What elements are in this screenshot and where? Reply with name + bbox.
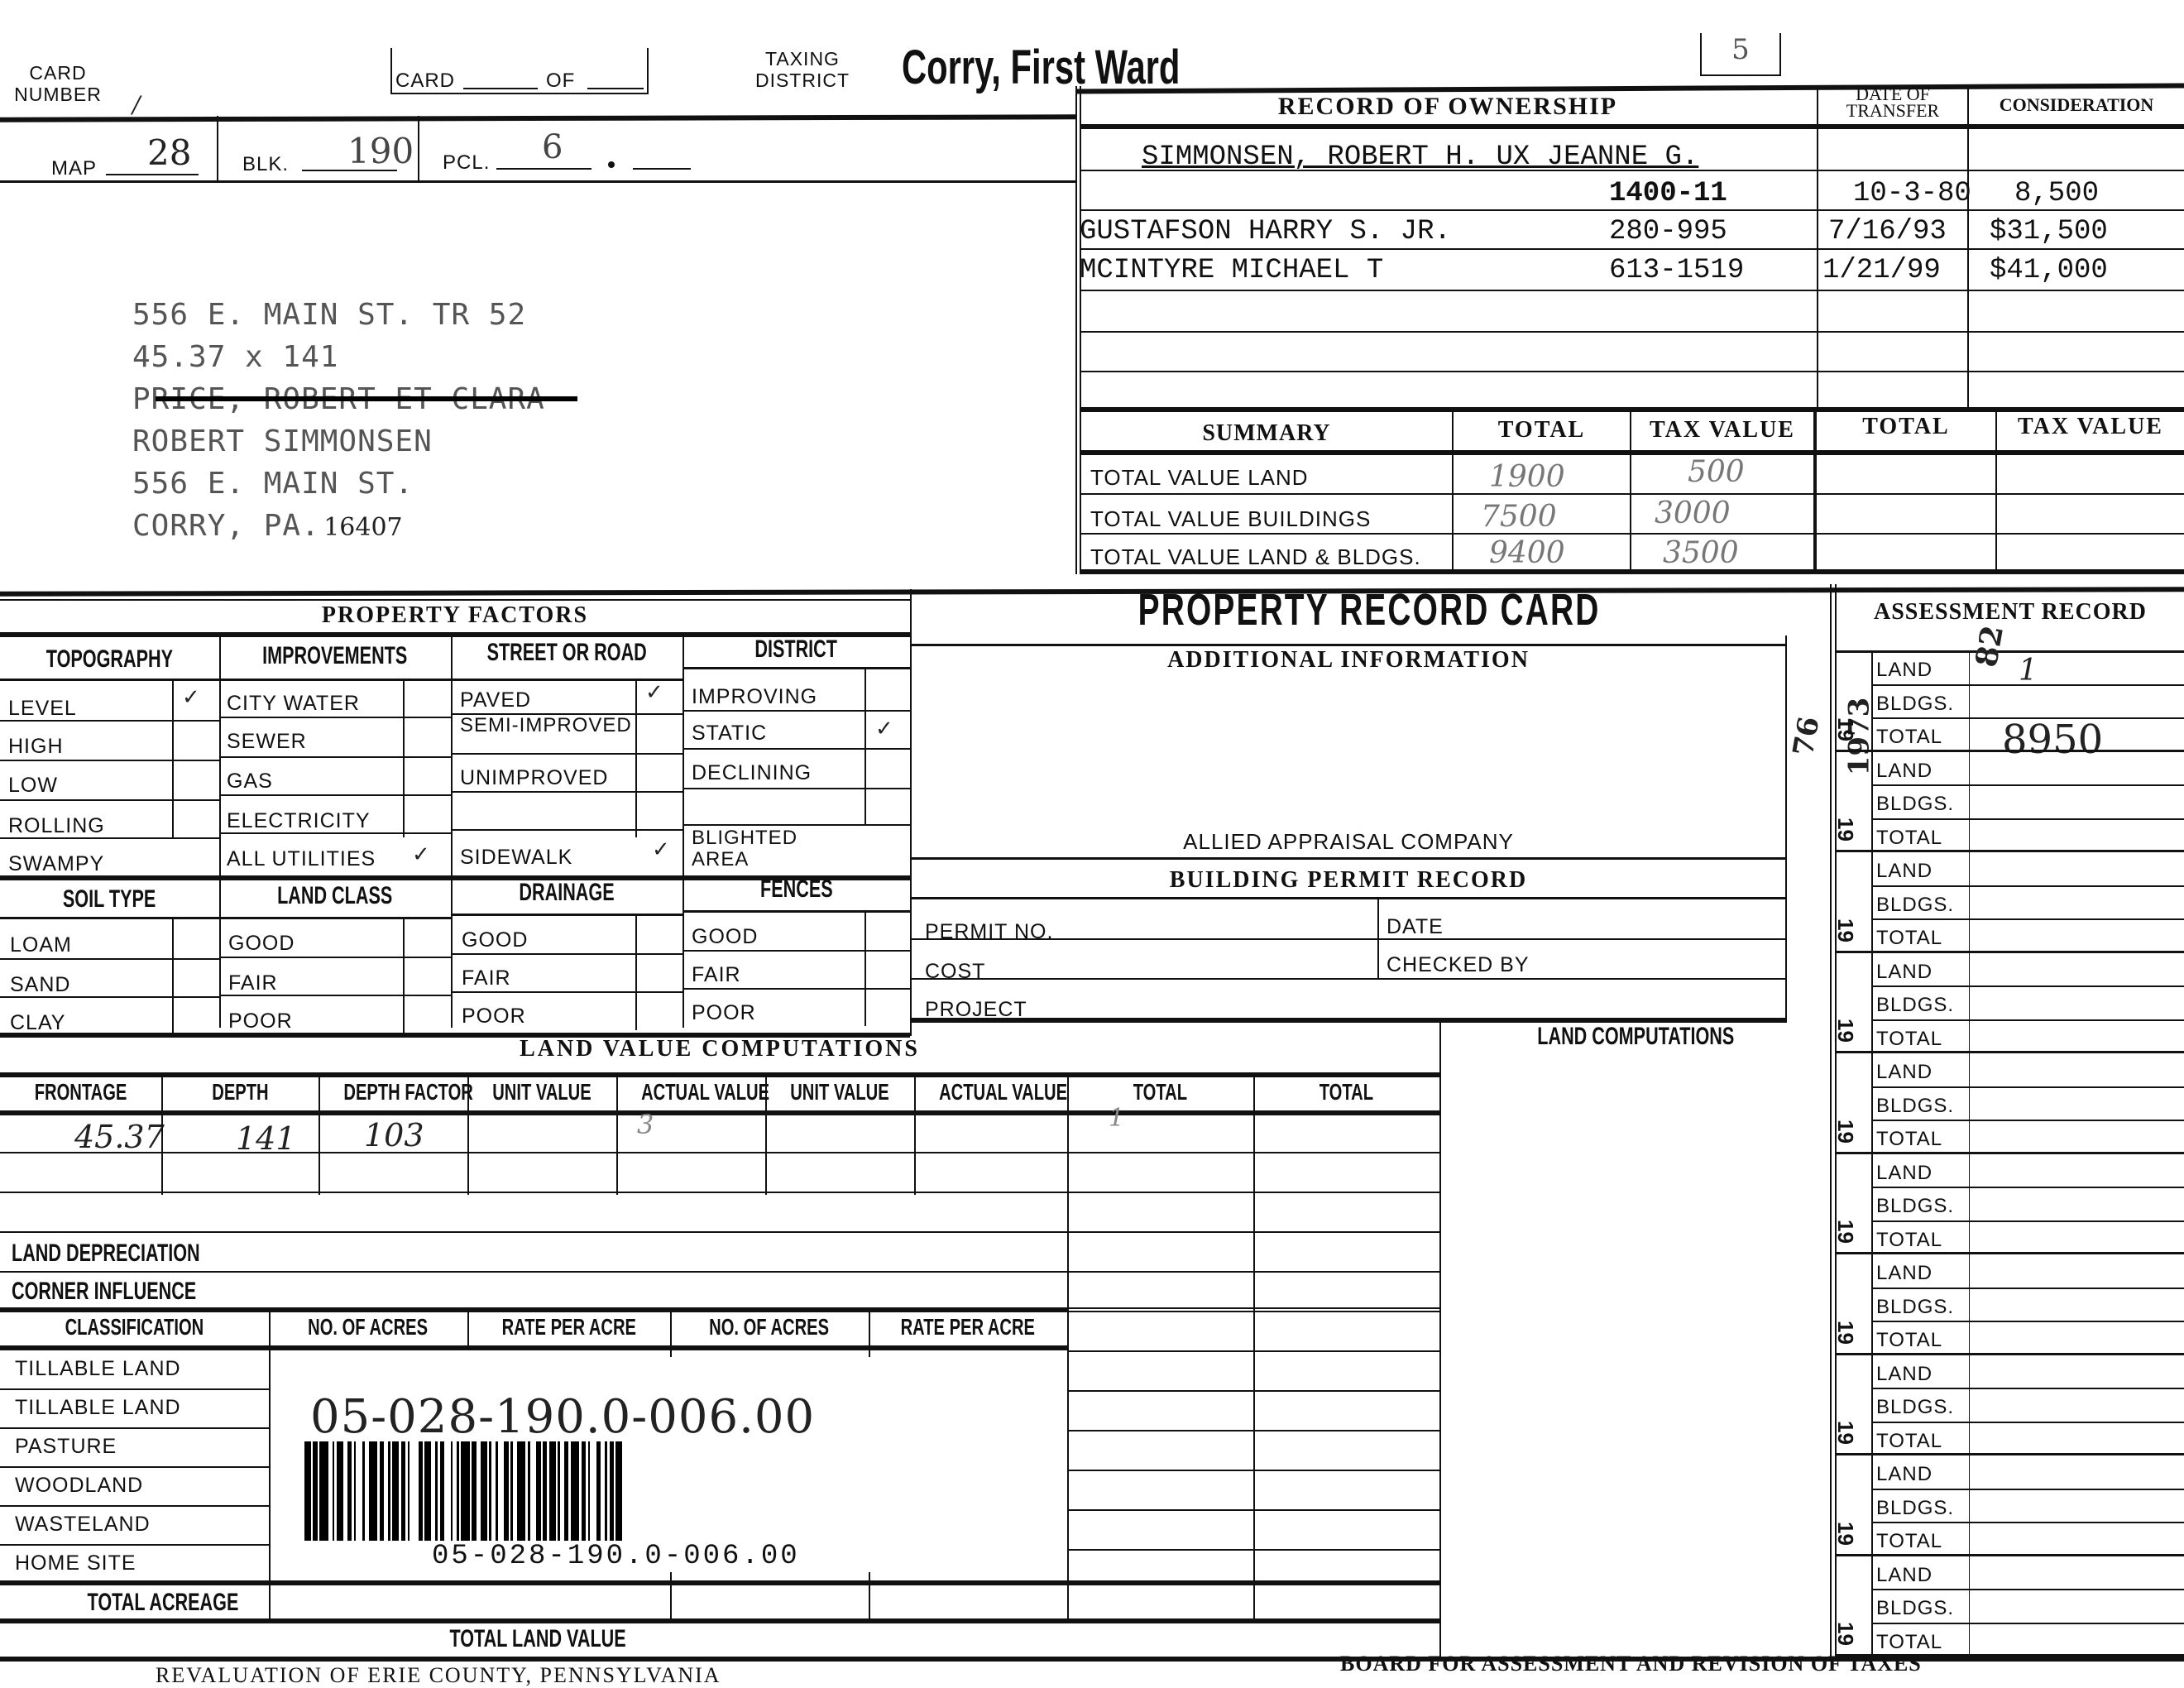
summary-tax-value2-header: TAX VALUE [1997, 414, 2184, 440]
assessment-value-field[interactable] [1972, 1053, 2179, 1086]
deed-book: 280-995 [1609, 216, 1727, 247]
map-label: MAP [51, 157, 97, 180]
option-sewer[interactable]: SEWER [227, 730, 307, 754]
acreage-row-label: TILLABLE LAND [15, 1396, 181, 1420]
assessment-row-label: LAND [1876, 1262, 1933, 1285]
footer-left: REVALUATION OF ERIE COUNTY, PENNSYLVANIA [156, 1663, 721, 1688]
permit-date-field[interactable] [1473, 902, 1779, 935]
assessment-value-field[interactable] [1972, 1019, 2179, 1053]
assessment-row-label: TOTAL [1876, 827, 1942, 850]
assessment-value-field[interactable] [1972, 1220, 2179, 1254]
assessment-row-label: BLDGS. [1876, 793, 1954, 816]
option-static[interactable]: STATIC [692, 722, 767, 746]
assessment-value-field[interactable] [1972, 1355, 2179, 1388]
assessment-year-prefix[interactable]: 19 [1832, 1421, 1858, 1445]
assessment-value-field[interactable] [1972, 1589, 2179, 1623]
option-unimproved[interactable]: UNIMPROVED [460, 766, 608, 790]
consideration: $41,000 [1990, 255, 2108, 286]
assessment-row-label: BLDGS. [1876, 693, 1954, 716]
option-drainage-fair[interactable]: FAIR [462, 966, 511, 990]
option-land-poor[interactable]: POOR [228, 1009, 293, 1033]
assessment-year-prefix[interactable]: 19 [1832, 918, 1858, 942]
summary-bldgs-tax[interactable]: 3000 [1655, 496, 1731, 530]
assessment-value-field[interactable] [1972, 1455, 2179, 1489]
additional-info-title: ADDITIONAL INFORMATION [910, 647, 1787, 674]
land-value-column-header: TOTAL [1253, 1079, 1439, 1105]
land-value-column-header: FRONTAGE [0, 1079, 161, 1105]
summary-total2-header: TOTAL [1817, 414, 1995, 440]
topography-header: TOPOGRAPHY [0, 645, 219, 674]
assessment-value-field[interactable] [1972, 885, 2179, 919]
permit-no-field[interactable] [1075, 902, 1373, 938]
assessment-row-label: TOTAL [1876, 1128, 1942, 1151]
assessment-row-label: TOTAL [1876, 1229, 1942, 1252]
assessment-row-label: LAND [1876, 1363, 1933, 1386]
assessment-value-field[interactable] [1972, 1321, 2179, 1355]
acreage-column-header: NO. OF ACRES [269, 1314, 467, 1340]
land-depreciation-label: LAND DEPRECIATION [12, 1240, 273, 1268]
assessment-value-field[interactable] [1972, 751, 2179, 785]
assessment-value-field[interactable] [1972, 684, 2179, 718]
option-city-water[interactable]: CITY WATER [227, 692, 360, 716]
option-fences-good[interactable]: GOOD [692, 925, 758, 949]
summary-bldgs-total[interactable]: 7500 [1481, 500, 1557, 534]
blk-label: BLK. [242, 153, 289, 176]
summary-row-label: TOTAL VALUE LAND [1090, 465, 1309, 491]
option-land-good[interactable]: GOOD [228, 932, 295, 956]
permit-date-label: DATE [1387, 915, 1444, 939]
summary-total-header: TOTAL [1454, 417, 1630, 444]
assessment-row-label: TOTAL [1876, 1329, 1942, 1352]
fences-header: FENCES [682, 875, 910, 904]
option-sidewalk[interactable]: SIDEWALK [460, 846, 572, 870]
acreage-row-label: TILLABLE LAND [15, 1357, 181, 1381]
assessment-row-label: BLDGS. [1876, 1497, 1954, 1520]
street-road-header: STREET OR ROAD [451, 639, 682, 667]
address-line: CORRY, PA. 16407 [132, 505, 596, 553]
all-utilities-checkbox[interactable]: ✓ [412, 842, 430, 867]
address-line: 556 E. MAIN ST. TR 52 [132, 294, 596, 336]
property-factors-title: PROPERTY FACTORS [0, 602, 910, 629]
acreage-row-label: WOODLAND [15, 1474, 143, 1498]
taxing-district-label: TAXING DISTRICT [745, 48, 860, 91]
consideration: 8,500 [2014, 178, 2099, 209]
total-value-1[interactable]: 1 [1109, 1104, 1124, 1133]
checked-by-field[interactable] [1555, 942, 1779, 975]
assessment-value-field[interactable] [1972, 918, 2179, 952]
assessment-value-field[interactable] [1972, 650, 2179, 684]
pcl-value[interactable]: 6 [542, 128, 563, 166]
assessment-year-prefix[interactable]: 19 [1832, 1019, 1858, 1043]
summary-row-label: TOTAL VALUE LAND & BLDGS. [1090, 544, 1421, 570]
transfer-date: 1/21/99 [1822, 255, 1941, 286]
checked-by-label: CHECKED BY [1387, 953, 1530, 977]
assessment-title: ASSESSMENT RECORD [1837, 599, 2184, 626]
address-line-struck: PRICE, ROBERT ET CLARA [132, 378, 596, 420]
acreage-row-label: WASTELAND [15, 1513, 151, 1537]
ownership-row: SIMMONSEN, ROBERT H. UX JEANNE G. [1080, 128, 2184, 168]
assessment-value-field[interactable] [1972, 985, 2179, 1019]
address-block: 556 E. MAIN ST. TR 52 45.37 x 141 PRICE,… [132, 294, 596, 553]
card-number-value[interactable]: / [132, 91, 140, 118]
district-header: DISTRICT [682, 635, 910, 664]
appraiser-name: ALLIED APPRAISAL COMPANY [910, 829, 1787, 855]
assessment-year-prefix[interactable]: 19 [1832, 1522, 1858, 1546]
card-label: CARD [395, 70, 455, 93]
land-value-column-header: DEPTH FACTOR [318, 1079, 467, 1105]
option-gas[interactable]: GAS [227, 770, 273, 794]
assessment-row-label: BLDGS. [1876, 1597, 1954, 1620]
option-blighted-area[interactable]: BLIGHTED AREA [692, 827, 857, 870]
assessment-row-label: LAND [1876, 961, 1933, 984]
assessment-row-label: LAND [1876, 860, 1933, 883]
summary-combined-tax[interactable]: 3500 [1663, 536, 1739, 570]
option-high[interactable]: HIGH [8, 735, 64, 759]
of-label: OF [546, 70, 575, 93]
option-swampy[interactable]: SWAMPY [8, 852, 104, 876]
option-semi-improved[interactable]: SEMI-IMPROVED [460, 715, 632, 736]
assessment-row-label: LAND [1876, 1162, 1933, 1185]
option-fences-fair[interactable]: FAIR [692, 963, 741, 987]
assessment-year-prefix[interactable]: 19 [1832, 717, 1858, 741]
level-checkbox[interactable]: ✓ [182, 685, 200, 710]
parcel-id-handwritten: 05-028-190.0-006.00 [310, 1390, 815, 1444]
option-level[interactable]: LEVEL [8, 697, 77, 721]
address-line: 45.37 x 141 [132, 336, 596, 378]
assessment-value-field[interactable] [1972, 1623, 2179, 1657]
assessment-value-field[interactable] [1972, 1556, 2179, 1590]
land-value-column-header: TOTAL [1067, 1079, 1253, 1105]
option-declining[interactable]: DECLINING [692, 761, 812, 785]
deed-book: 1400-11 [1609, 178, 1727, 209]
assessment-row-label: LAND [1876, 1564, 1933, 1587]
assessment-row-label: TOTAL [1876, 1430, 1942, 1453]
additional-info-area[interactable] [918, 679, 1779, 827]
ownership-row: MCINTYRE MICHAEL T 613-1519 1/21/99 $41,… [1080, 250, 2184, 290]
improvements-header: IMPROVEMENTS [219, 642, 451, 670]
acreage-row-label: PASTURE [15, 1435, 117, 1459]
depth-factor-value[interactable]: 103 [364, 1117, 424, 1153]
project-field[interactable] [1051, 981, 1779, 1018]
land-computations-title: LAND COMPUTATIONS [1441, 1023, 1830, 1051]
date-of-transfer-header: DATE OF TRANSFER [1818, 86, 1967, 119]
assessment-row-label: TOTAL [1876, 726, 1942, 749]
summary-land-total[interactable]: 1900 [1489, 460, 1565, 494]
pcl-label: PCL. [443, 151, 490, 175]
summary-tax-value-header: TAX VALUE [1631, 417, 1813, 444]
actual-value-1[interactable]: 3 [637, 1109, 654, 1140]
deed-book: 613-1519 [1609, 255, 1744, 286]
acreage-column-header: RATE PER ACRE [869, 1314, 1067, 1340]
assessment-year-76: 76 [1787, 714, 1827, 759]
sidewalk-checkbox[interactable]: ✓ [652, 837, 670, 862]
consideration-header: CONSIDERATION [1969, 94, 2184, 116]
option-fences-poor[interactable]: POOR [692, 1001, 756, 1025]
assessment-value-field[interactable] [1972, 1153, 2179, 1187]
option-drainage-good[interactable]: GOOD [462, 928, 528, 952]
corner-influence-label: CORNER INFLUENCE [12, 1278, 268, 1306]
assessment-row-label: TOTAL [1876, 1631, 1942, 1654]
property-record-card-title: PROPERTY RECORD CARD [910, 584, 1828, 635]
owner-name: SIMMONSEN, ROBERT H. UX JEANNE G. [1142, 141, 1698, 173]
option-all-utilities[interactable]: ALL UTILITIES [227, 847, 376, 871]
ownership-row: GUSTAFSON HARRY S. JR. 280-995 7/16/93 $… [1080, 211, 2184, 251]
assessment-row-label: BLDGS. [1876, 994, 1954, 1017]
assessment-row-label: BLDGS. [1876, 1095, 1954, 1118]
land-value-column-header: DEPTH [161, 1079, 318, 1105]
paved-checkbox[interactable]: ✓ [645, 680, 663, 705]
owner-name: GUSTAFSON HARRY S. JR. [1080, 216, 1451, 247]
assessment-row-label: TOTAL [1876, 1530, 1942, 1553]
drainage-header: DRAINAGE [451, 879, 682, 907]
frontage-value[interactable]: 45.37 [74, 1119, 165, 1155]
barcode-text: 05-028-190.0-006.00 [432, 1541, 800, 1572]
option-loam[interactable]: LOAM [10, 933, 72, 957]
transfer-date: 10-3-80 [1853, 178, 1971, 209]
assessment-row-label: TOTAL [1876, 927, 1942, 950]
acreage-row-label: HOME SITE [15, 1551, 136, 1575]
summary-title: SUMMARY [1081, 420, 1452, 447]
static-checkbox[interactable]: ✓ [875, 717, 893, 741]
summary-combined-total[interactable]: 9400 [1489, 536, 1565, 570]
summary-row-label: TOTAL VALUE BUILDINGS [1090, 506, 1371, 532]
ownership-title: RECORD OF OWNERSHIP [1080, 93, 1816, 121]
assessment-row-label: TOTAL [1876, 1028, 1942, 1051]
option-sand[interactable]: SAND [10, 973, 70, 997]
assessment-value-field[interactable] [1972, 1388, 2179, 1422]
assessment-value-field[interactable] [1972, 1120, 2179, 1153]
total-acreage-label: TOTAL ACREAGE [58, 1589, 268, 1617]
total-land-value-label: TOTAL LAND VALUE [0, 1625, 1075, 1653]
map-value[interactable]: 28 [147, 132, 191, 173]
assessment-row-label: LAND [1876, 1061, 1933, 1084]
assessment-row-label: BLDGS. [1876, 1396, 1954, 1419]
barcode [304, 1441, 644, 1541]
address-line: ROBERT SIMMONSEN [132, 420, 596, 463]
assessment-value-field[interactable] [1972, 1522, 2179, 1556]
assessment-year-prefix[interactable]: 19 [1832, 1622, 1858, 1646]
acreage-column-header: CLASSIFICATION [0, 1314, 269, 1340]
land-value-column-header: ACTUAL VALUE [914, 1079, 1067, 1105]
assessment-row-label: BLDGS. [1876, 894, 1954, 917]
assessment-year-prefix[interactable]: 19 [1832, 1321, 1858, 1345]
cost-label: COST [925, 960, 985, 984]
option-rolling[interactable]: ROLLING [8, 814, 105, 838]
land-class-header: LAND CLASS [219, 882, 451, 910]
ownership-row: 1400-11 10-3-80 8,500 [1080, 170, 2184, 211]
assessment-value-field[interactable] [1972, 1086, 2179, 1120]
assessment-value-field[interactable] [1972, 717, 2179, 751]
card-number-label: CARD NUMBER [8, 62, 108, 105]
option-low[interactable]: LOW [8, 774, 58, 798]
assessment-year-prefix[interactable]: 19 [1832, 818, 1858, 842]
assessment-year-prefix[interactable]: 19 [1832, 1220, 1858, 1244]
soil-type-header: SOIL TYPE [0, 885, 219, 914]
land-value-column-header: UNIT VALUE [467, 1079, 616, 1105]
owner-name: MCINTYRE MICHAEL T [1080, 255, 1383, 286]
assessment-value-field[interactable] [1972, 851, 2179, 885]
land-value-column-header: UNIT VALUE [765, 1079, 914, 1105]
land-value-column-header: ACTUAL VALUE [616, 1079, 765, 1105]
option-clay[interactable]: CLAY [10, 1011, 65, 1035]
building-permit-title: BUILDING PERMIT RECORD [910, 867, 1787, 894]
card-total-field[interactable] [587, 88, 644, 89]
assessment-value-field[interactable] [1972, 784, 2179, 818]
land-computations-area[interactable] [1444, 1059, 1828, 1655]
land-value-title: LAND VALUE COMPUTATIONS [0, 1036, 1439, 1062]
summary-land-tax[interactable]: 500 [1688, 455, 1745, 489]
assessment-value-field[interactable] [1972, 1187, 2179, 1220]
acreage-column-header: RATE PER ACRE [467, 1314, 670, 1340]
option-electricity[interactable]: ELECTRICITY [227, 809, 371, 833]
address-line: 556 E. MAIN ST. [132, 463, 596, 505]
blk-value[interactable]: 190 [347, 131, 414, 171]
option-paved[interactable]: PAVED [460, 688, 531, 712]
assessment-row-label: LAND [1876, 659, 1933, 682]
option-land-fair[interactable]: FAIR [228, 971, 278, 995]
assessment-row-label: LAND [1876, 1463, 1933, 1486]
assessment-row-label: LAND [1876, 760, 1933, 783]
assessment-value-field[interactable] [1972, 952, 2179, 986]
card-index-field[interactable] [463, 88, 538, 89]
assessment-value-field[interactable] [1972, 1288, 2179, 1321]
assessment-value-field[interactable] [1972, 1489, 2179, 1523]
assessment-value-field[interactable] [1972, 818, 2179, 852]
assessment-row-label: BLDGS. [1876, 1195, 1954, 1218]
permit-no-label: PERMIT NO. [925, 920, 1053, 944]
option-drainage-poor[interactable]: POOR [462, 1005, 526, 1029]
acreage-column-header: NO. OF ACRES [670, 1314, 869, 1340]
option-improving[interactable]: IMPROVING [692, 685, 817, 709]
cost-field[interactable] [1009, 942, 1373, 978]
assessment-value-field[interactable] [1972, 1422, 2179, 1455]
sequence-box[interactable]: 5 [1700, 33, 1781, 76]
consideration: $31,500 [1990, 216, 2108, 247]
transfer-date: 7/16/93 [1828, 216, 1947, 247]
assessment-value-field[interactable] [1972, 1254, 2179, 1288]
assessment-year-prefix[interactable]: 19 [1832, 1120, 1858, 1144]
assessment-row-label: BLDGS. [1876, 1296, 1954, 1319]
